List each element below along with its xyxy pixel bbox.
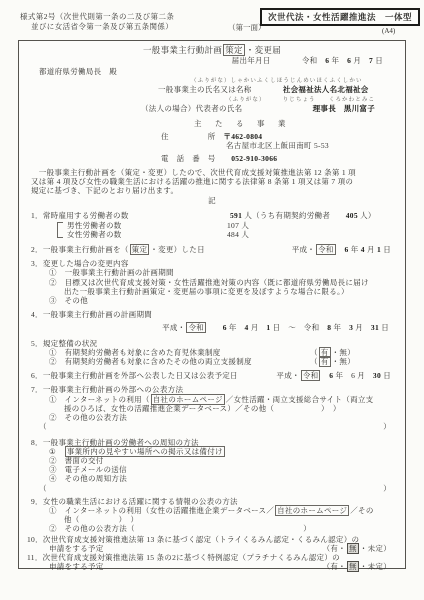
text-segment: 年 bbox=[227, 323, 245, 332]
text-segment: （有・ bbox=[323, 562, 346, 571]
item1-label: 1．常時雇用する労働者の数 bbox=[31, 211, 230, 220]
text-segment: 31 bbox=[371, 323, 379, 332]
female-workers-label: 女性労働者の数 bbox=[67, 230, 227, 239]
text-segment: （有・ bbox=[323, 544, 346, 553]
selected-no: 無 bbox=[347, 543, 359, 554]
text-segment: 年 bbox=[349, 245, 361, 254]
item4-plan-period: 平成・令和 6 年 4 月 1 日 〜 令和 8 年 3 月 31 日 bbox=[27, 323, 397, 332]
preamble-line1: 一般事業主行動計画を（策定・変更）したので、次世代育成支援対策推進法第 12 条… bbox=[27, 168, 397, 177]
text-segment: 平成・ bbox=[276, 371, 299, 380]
text-segment bbox=[207, 323, 223, 332]
selected-no: 無 bbox=[347, 561, 359, 572]
item9-option2-row: ② その他の公表方法（ ） bbox=[27, 524, 397, 533]
text-segment: 一般事業主行動計画 bbox=[143, 45, 222, 55]
text-segment: 2．一般事業主行動計画を（ bbox=[31, 245, 129, 254]
bracket-glyph bbox=[57, 222, 63, 238]
item7-blank-parens: （ ） bbox=[27, 422, 397, 431]
text-segment: 人（うち有期契約労働者 bbox=[242, 211, 346, 220]
selected-option-formulate: 策定 bbox=[223, 44, 245, 56]
item9-option1-line2: 他（ ） ） bbox=[27, 515, 397, 524]
employer-name: 社会福祉法人名北福祉会 bbox=[283, 85, 369, 94]
preamble-line2: 又は第 4 項及び女性の職業生活における活躍の推進に関する法律第 8 条第 1 … bbox=[27, 177, 397, 186]
paren-open: （ bbox=[39, 484, 47, 493]
selected-era-reiwa: 令和 bbox=[301, 370, 321, 381]
preamble-line3: 規定に基づき、下記のとおり届け出ます。 bbox=[27, 186, 397, 195]
female-workers-value: 484 人 bbox=[227, 230, 249, 239]
item1-workers-line: 1．常時雇用する労働者の数 591 人（うち有期契約労働者 405 人） bbox=[27, 211, 397, 220]
text-segment: 平成・ bbox=[162, 323, 185, 332]
item5-option2-row: ② 有期契約労働者も対象に含めたその他の両立支援制度 （有・無） bbox=[27, 357, 397, 366]
male-workers-row: 男性労働者の数 107 人 bbox=[67, 221, 249, 230]
item8-blank-parens: （ ） bbox=[27, 484, 397, 493]
item3-option3: ③ その他 bbox=[27, 296, 397, 305]
paren-close: ） bbox=[383, 484, 391, 493]
item8-option2: ② 書面の交付 bbox=[27, 456, 397, 465]
total-workers: 591 bbox=[230, 211, 242, 220]
form-title: 一般事業主行動計画策定・変更届 bbox=[27, 45, 397, 56]
representative-name: 理事長 黒川富子 bbox=[313, 104, 375, 113]
text-segment: ／女性活躍・両立支援総合サイト（両立支 bbox=[226, 395, 374, 404]
text-segment: ・無） bbox=[332, 357, 355, 366]
text-segment: 年 6 月 bbox=[333, 371, 373, 380]
text-segment: （法人の場合）代表者の氏名 bbox=[141, 104, 313, 113]
text-segment: 年 bbox=[331, 323, 349, 332]
male-workers-label: 男性労働者の数 bbox=[67, 221, 227, 230]
item3-option1: ① 一般事業主行動計画の計画期間 bbox=[27, 268, 397, 277]
text-segment: 一般事業主の氏名又は名称 bbox=[158, 85, 283, 94]
item5-option1-answer: （有・無） bbox=[310, 348, 355, 357]
item9-option1-line1: ① インターネットの利用（女性の活躍推進企業データベース／自社のホームページ／そ… bbox=[27, 506, 397, 515]
selected-option-formulate: 策定 bbox=[130, 244, 150, 255]
item2-date: 平成・令和 6 年 4 月 1 日 bbox=[292, 245, 391, 254]
item4-header: 4．一般事業主行動計画の計画期間 bbox=[27, 310, 397, 319]
text-segment: 日 bbox=[373, 56, 383, 65]
text-segment: ① bbox=[49, 447, 64, 456]
selected-era-reiwa: 令和 bbox=[186, 322, 206, 333]
form-border-box: 一般事業主行動計画策定・変更届 届出年月日 令和 6 年 6 月 7 日 都道府… bbox=[18, 40, 406, 569]
address-line1: 住 所 〒462-0804 bbox=[27, 132, 397, 141]
item5-option2-answer: （有・無） bbox=[310, 357, 355, 366]
text-segment: 30 bbox=[373, 371, 381, 380]
law-type-badge: 次世代法・女性活躍推進法 一体型 bbox=[260, 8, 420, 26]
item7-option1-line1: ① インターネットの利用（自社のホームページ／女性活躍・両立支援総合サイト（両立… bbox=[27, 395, 397, 404]
text-segment: 月 bbox=[351, 56, 369, 65]
item11-line2: 申請をする予定 （有・無・未定） bbox=[27, 562, 397, 571]
text-segment: （ bbox=[310, 348, 318, 357]
selected-era-reiwa: 令和 bbox=[316, 244, 336, 255]
item8-option4: ④ その他の周知方法 bbox=[27, 474, 397, 483]
item10-label: 申請をする予定 bbox=[49, 544, 104, 553]
item7-option1-line2: 援のひろば、女性の活躍推進企業データベース）／その他（ ） ） bbox=[27, 404, 397, 413]
text-segment: 年 bbox=[329, 56, 347, 65]
phone-number: 052-910-3066 bbox=[231, 154, 277, 163]
item9-option2-label: ② その他の公表方法（ bbox=[49, 524, 135, 533]
text-segment: 届出年月日 令和 bbox=[232, 56, 326, 65]
text-segment: 月 bbox=[249, 323, 267, 332]
item3-option2-line1: ② 目標又は次世代育成支援対策・女性活躍推進対策の内容（既に都道府県労働局長に届… bbox=[27, 278, 397, 287]
postal-code: 〒462-0804 bbox=[223, 132, 262, 141]
item7-option2: ② その他の公表方法 bbox=[27, 413, 397, 422]
text-segment: ／その bbox=[350, 506, 373, 515]
item5-option1-label: ① 有期契約労働者も対象に含めた育児休業制度 bbox=[49, 348, 221, 357]
text-segment: 平成・ bbox=[292, 245, 315, 254]
representative-furigana: （ふりがな） りじちょう くろかわとみこ bbox=[27, 97, 397, 104]
item10-line2: 申請をする予定 （有・無・未定） bbox=[27, 544, 397, 553]
text-segment: 人） bbox=[358, 211, 376, 220]
representative-line: （法人の場合）代表者の氏名 理事長 黒川富子 bbox=[27, 104, 397, 113]
text-segment: ・変更）した日 bbox=[150, 245, 205, 254]
paren-close: ） bbox=[383, 422, 391, 431]
item2-plan-date-line: 2．一般事業主行動計画を（策定・変更）した日 平成・令和 6 年 4 月 1 日 bbox=[27, 245, 397, 254]
item11-label: 申請をする予定 bbox=[49, 562, 104, 571]
text-segment: ・無） bbox=[332, 348, 355, 357]
text-segment: 日 bbox=[381, 371, 391, 380]
text-segment: ・未定） bbox=[360, 544, 391, 553]
paren-open: （ bbox=[39, 422, 47, 431]
text-segment: ① インターネットの利用（女性の活躍推進企業データベース／ bbox=[49, 506, 274, 515]
text-segment: ・未定） bbox=[360, 562, 391, 571]
phone-line: 電 話 番 号 052-910-3066 bbox=[27, 154, 397, 163]
text-segment: 日 bbox=[379, 323, 389, 332]
paper-size-label: (A4) bbox=[382, 27, 395, 35]
main-business-label: 主 た る 事 業 bbox=[27, 119, 397, 128]
fixed-term-workers: 405 bbox=[346, 211, 358, 220]
form-number-line2: 並びに女活省令第一条及び第五条関係） bbox=[31, 21, 173, 32]
selected-own-homepage: 自社のホームページ bbox=[275, 505, 349, 516]
ki-heading: 記 bbox=[27, 196, 397, 205]
text-segment: ・変更届 bbox=[246, 45, 281, 55]
item10-answer: （有・無・未定） bbox=[323, 544, 391, 553]
item6-label: 6．一般事業主行動計画を外部へ公表した日又は公表予定日 bbox=[31, 371, 238, 380]
text-segment: ① インターネットの利用（ bbox=[49, 395, 150, 404]
item1-breakdown-rows: 男性労働者の数 107 人 女性労働者の数 484 人 bbox=[67, 221, 249, 239]
item1-breakdown: 男性労働者の数 107 人 女性労働者の数 484 人 bbox=[27, 221, 397, 239]
address-line2: 名古屋市北区上飯田南町 5-53 bbox=[27, 141, 397, 150]
text-segment bbox=[337, 245, 345, 254]
selected-yes: 有 bbox=[319, 356, 331, 367]
item2-label: 2．一般事業主行動計画を（策定・変更）した日 bbox=[31, 245, 205, 254]
item5-header: 5．規定整備の状況 bbox=[27, 339, 397, 348]
female-workers-row: 女性労働者の数 484 人 bbox=[67, 230, 249, 239]
item5-option1-row: ① 有期契約労働者も対象に含めた育児休業制度 （有・無） bbox=[27, 348, 397, 357]
text-segment: 日 〜 令和 bbox=[270, 323, 327, 332]
notification-date-line: 届出年月日 令和 6 年 6 月 7 日 bbox=[27, 56, 397, 65]
employer-name-line: 一般事業主の氏名又は名称 社会福祉法人名北福祉会 bbox=[27, 85, 397, 94]
item8-option1: ① 事業所内の見やすい場所への掲示又は備付け bbox=[27, 447, 397, 456]
male-workers-value: 107 人 bbox=[227, 221, 249, 230]
item6-date: 平成・令和 6 年 6 月 30 日 bbox=[276, 371, 391, 380]
item5-option2-label: ② 有期契約労働者も対象に含めたその他の両立支援制度 bbox=[49, 357, 252, 366]
item3-option2-line2: 出た一般事業主行動計画策定・変更届の事項に変更を及ぼすような場合に限る。） bbox=[27, 287, 397, 296]
item10-line1: 10．次世代育成支援対策推進法第 13 条に基づく認定（トライくるみん認定・くる… bbox=[27, 535, 397, 544]
text-segment: 月 bbox=[353, 323, 371, 332]
item11-line1: 11．次世代育成支援対策推進法第 15 条の2に基づく特例認定（プラチナくるみん… bbox=[27, 553, 397, 562]
paren-close: ） bbox=[303, 524, 311, 533]
text-segment: 住 所 bbox=[161, 132, 223, 141]
text-segment: 日 bbox=[381, 245, 391, 254]
text-segment: （ bbox=[310, 357, 318, 366]
scanned-form-page: 様式第2号（次世代則第一条の二及び第二条 並びに女活省令第一条及び第五条関係） … bbox=[0, 0, 424, 600]
addressee-line: 都道府県労働局長 殿 bbox=[27, 67, 397, 76]
item6-publish-date-row: 6．一般事業主行動計画を外部へ公表した日又は公表予定日 平成・令和 6 年 6 … bbox=[27, 371, 397, 380]
item11-answer: （有・無・未定） bbox=[323, 562, 391, 571]
item8-option3: ③ 電子メールの送信 bbox=[27, 465, 397, 474]
item1-value: 591 人（うち有期契約労働者 405 人） bbox=[230, 211, 397, 220]
text-segment: 電 話 番 号 bbox=[161, 154, 231, 163]
text-segment: 月 bbox=[365, 245, 377, 254]
